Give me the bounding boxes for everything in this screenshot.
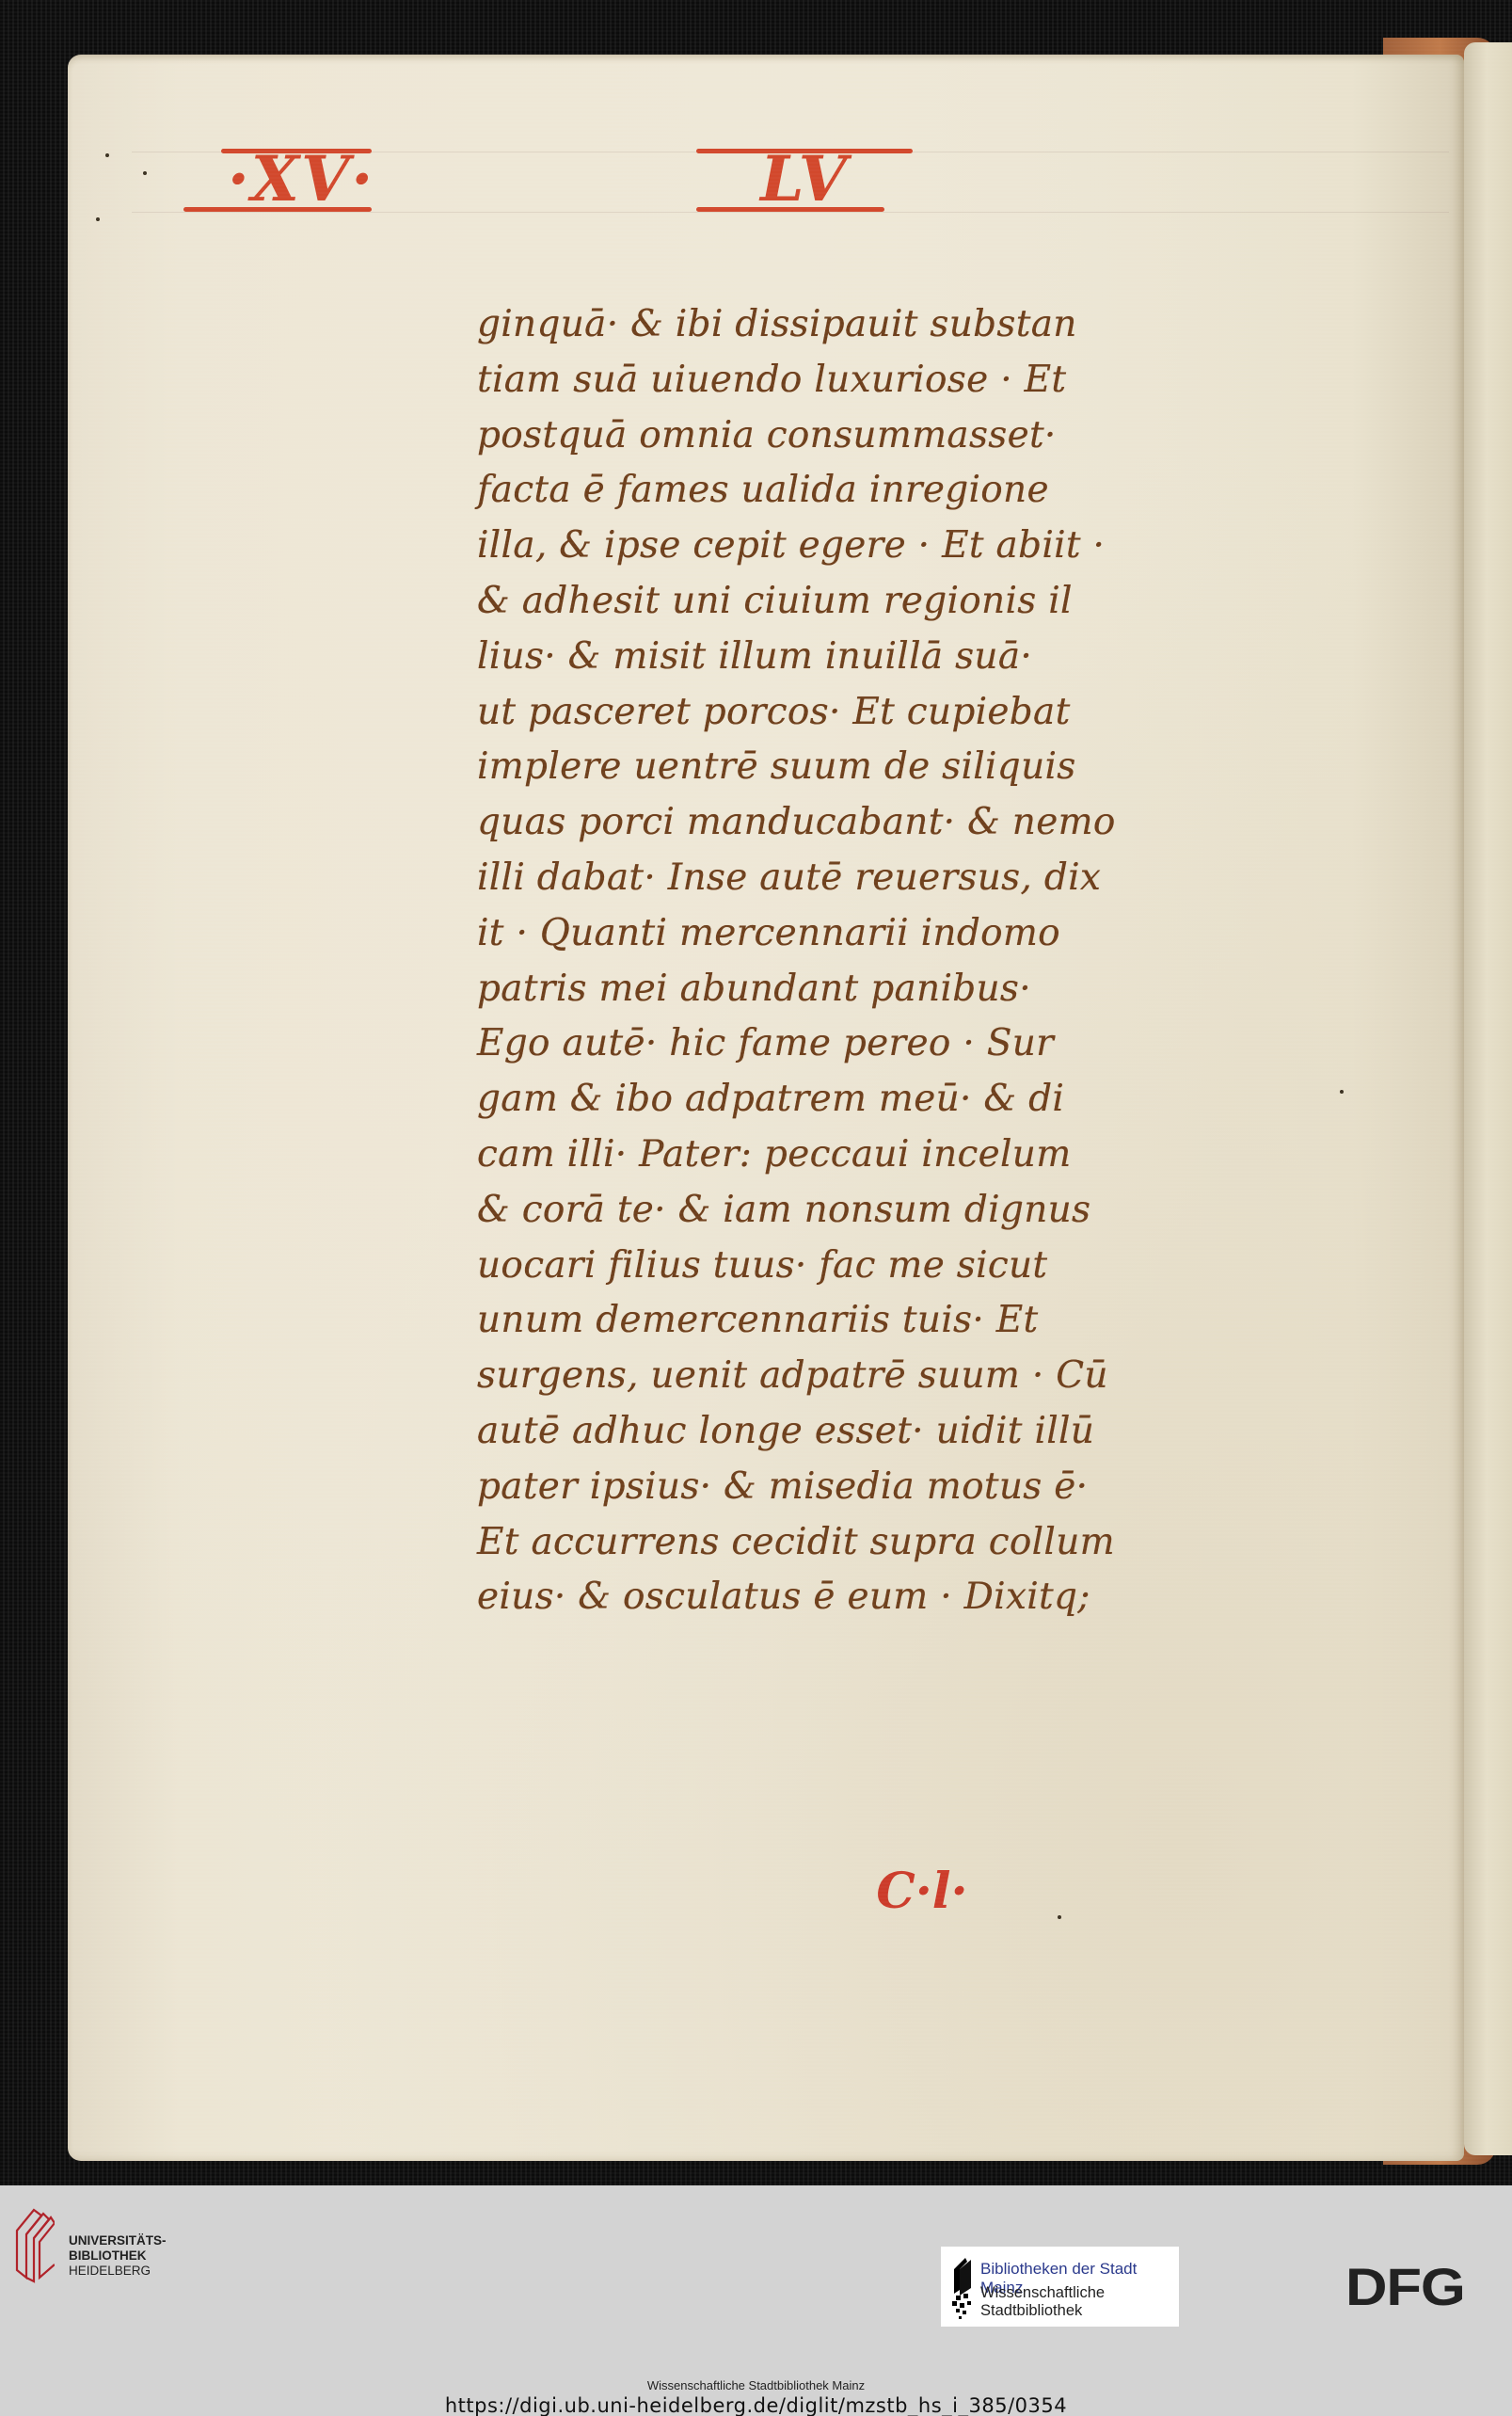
holding-institution-credit: Wissenschaftliche Stadtbibliothek Mainz [0, 2378, 1512, 2392]
permalink-url[interactable]: https://digi.ub.uni-heidelberg.de/diglit… [0, 2394, 1512, 2416]
text-line: Ego autē· hic fame pereo · Sur [477, 1016, 1202, 1072]
text-line: cam illi· Pater: peccaui incelum [477, 1128, 1202, 1183]
speck [1340, 1090, 1344, 1094]
text-line: ginquā· & ibi dissipauit substan [477, 297, 1202, 353]
mainz-library-logo[interactable]: Bibliotheken der Stadt Mainz Wissenschaf… [941, 2247, 1179, 2327]
text-line: quas porci manducabant· & nemo [477, 795, 1202, 851]
text-line: & adhesit uni ciuium regionis il [477, 574, 1202, 630]
ub-heidelberg-wordmark: UNIVERSITÄTS- BIBLIOTHEK HEIDELBERG [69, 2233, 167, 2279]
speck [96, 217, 100, 221]
rubric-left-text: ·XV· [193, 145, 409, 213]
text-line: facta ē fames ualida inregione [477, 463, 1202, 519]
dfg-logo[interactable]: DFG [1345, 2256, 1465, 2317]
text-line: it · Quanti mercennarii indomo [477, 906, 1202, 962]
text-line: Et accurrens cecidit supra collum [477, 1515, 1202, 1571]
text-line: ut pasceret porcos· Et cupiebat [477, 685, 1202, 741]
speck [105, 153, 109, 157]
rubric-canon-number: LV [696, 141, 913, 216]
ub-heidelberg-logo-icon [13, 2202, 55, 2287]
text-line: eius· & osculatus ē eum · Dixitq; [477, 1570, 1202, 1625]
manuscript-text-block: ginquā· & ibi dissipauit substan tiam su… [477, 297, 1202, 1625]
text-line: tiam suā uiuendo luxuriose · Et [477, 353, 1202, 408]
manuscript-scan: ·XV· LV ginquā· & ibi dissipauit substan… [0, 0, 1512, 2185]
book-pixel-icon [947, 2252, 979, 2322]
rubric-right-text: LV [696, 145, 913, 213]
text-line: patris mei abundant panibus· [477, 962, 1202, 1017]
text-line: gam & ibo adpatrem meū· & di [477, 1072, 1202, 1128]
text-line: surgens, uenit adpatrē suum · Cū [477, 1349, 1202, 1404]
text-line: lius· & misit illum inuillā suā· [477, 630, 1202, 685]
rubric-bottom-mark: C·l· [856, 1859, 988, 1925]
ub-heidelberg-logo[interactable]: UNIVERSITÄTS- BIBLIOTHEK HEIDELBERG [13, 2202, 201, 2296]
rubric-section-number: ·XV· [193, 141, 409, 216]
ub-line1: UNIVERSITÄTS- [69, 2233, 167, 2248]
text-line: illi dabat· Inse autē reuersus, dix [477, 851, 1202, 906]
ub-line2: BIBLIOTHEK [69, 2248, 167, 2264]
text-line: implere uentrē suum de siliquis [477, 740, 1202, 795]
text-line: illa, & ipse cepit egere · Et abiit · [477, 519, 1202, 574]
text-line: uocari filius tuus· fac me sicut [477, 1239, 1202, 1294]
mainz-logo-subtitle: Wissenschaftliche Stadtbibliothek [980, 2284, 1179, 2320]
text-line: unum demercennariis tuis· Et [477, 1293, 1202, 1349]
adjacent-leaf [1464, 42, 1512, 2155]
page-footer: UNIVERSITÄTS- BIBLIOTHEK HEIDELBERG Bibl… [0, 2185, 1512, 2416]
speck [1058, 1915, 1061, 1919]
text-line: pater ipsius· & misedia motus ē· [477, 1460, 1202, 1515]
text-line: autē adhuc longe esset· uidit illū [477, 1404, 1202, 1460]
text-line: & corā te· & iam nonsum dignus [477, 1183, 1202, 1239]
ub-line3: HEIDELBERG [69, 2264, 167, 2279]
speck [143, 171, 147, 175]
text-line: postquā omnia consummasset· [477, 408, 1202, 464]
